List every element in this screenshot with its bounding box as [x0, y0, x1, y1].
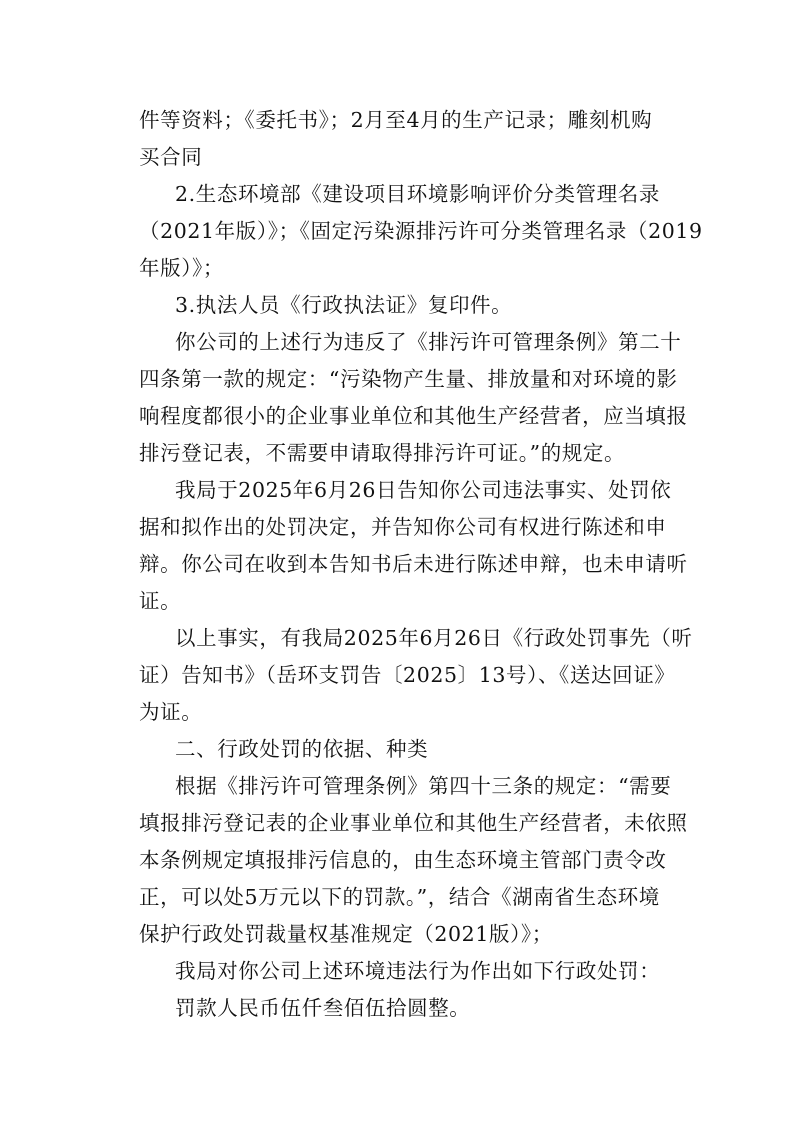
text-line: 填报排污登记表的企业事业单位和其他生产经营者，未依照	[139, 805, 688, 842]
text-line: （2021年版）》；《固定污染源排污许可分类管理名录（2019	[139, 213, 703, 250]
text-line: 辩。你公司在收到本告知书后未进行陈述申辩，也未申请听	[139, 546, 688, 583]
paragraph-decision: 我局对你公司上述环境违法行为作出如下行政处罚：	[175, 953, 660, 990]
section-heading: 二、行政处罚的依据、种类	[175, 731, 428, 768]
text-line: 证。	[139, 583, 181, 620]
text-line: 正，可以处5万元以下的罚款。”，结合《湖南省生态环境	[139, 879, 660, 916]
text-line: 据和拟作出的处罚决定，并告知你公司有权进行陈述和申	[139, 509, 667, 546]
penalty-amount: 罚款人民币伍仟叁佰伍拾圆整。	[175, 990, 470, 1027]
text-line: 四条第一款的规定：“污染物产生量、排放量和对环境的影	[139, 361, 678, 398]
text-line: 年版）》；	[139, 250, 224, 287]
text-line: 保护行政处罚裁量权基准规定（2021版）》；	[139, 916, 553, 953]
list-item-3: 3.执法人员《行政执法证》复印件。	[175, 287, 512, 324]
text-line: 件等资料；《委托书》；2月至4月的生产记录；雕刻机购	[139, 102, 652, 139]
paragraph-violation: 你公司的上述行为违反了《排污许可管理条例》第二十	[175, 324, 681, 361]
paragraph-notification: 我局于2025年6月26日告知你公司违法事实、处罚依	[175, 472, 671, 509]
paragraph-evidence: 以上事实，有我局2025年6月26日《行政处罚事先（听	[175, 620, 693, 657]
text-line: 买合同	[139, 139, 202, 176]
text-line: 证）告知书》（岳环支罚告〔2025〕13号）、《送达回证》	[139, 657, 675, 694]
text-line: 响程度都很小的企业事业单位和其他生产经营者，应当填报	[139, 398, 688, 435]
paragraph-legal-basis: 根据《排污许可管理条例》第四十三条的规定：“需要	[175, 768, 671, 805]
text-line: 为证。	[139, 694, 202, 731]
text-line: 本条例规定填报排污信息的，由生态环境主管部门责令改	[139, 842, 667, 879]
text-line: 排污登记表，不需要申请取得排污许可证。”的规定。	[139, 435, 625, 472]
list-item-2: 2.生态环境部《建设项目环境影响评价分类管理名录	[175, 176, 660, 213]
